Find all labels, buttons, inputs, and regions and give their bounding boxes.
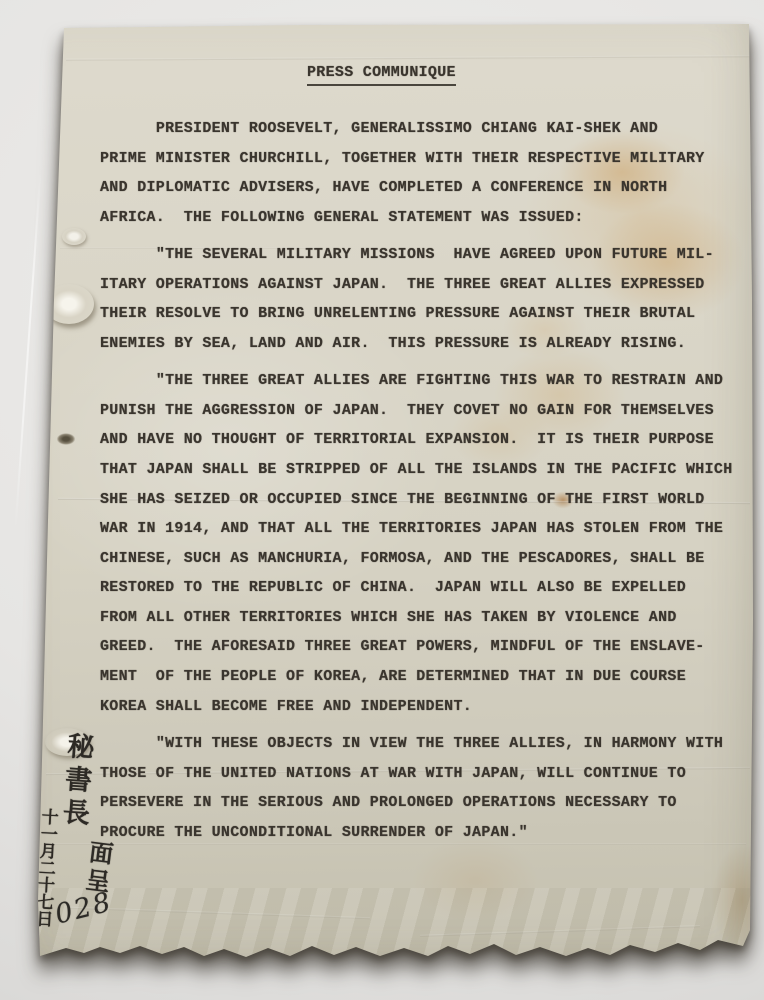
paper-hole (55, 432, 77, 446)
paper-crease (66, 55, 750, 61)
communique-body: PRESIDENT ROOSEVELT, GENERALISSIMO CHIAN… (100, 114, 748, 855)
photo-backdrop: PRESS COMMUNIQUE PRESIDENT ROOSEVELT, GE… (0, 0, 764, 1000)
paper-damage-spot (44, 284, 94, 324)
crumpled-bottom-texture (38, 888, 752, 958)
document-paper: PRESS COMMUNIQUE PRESIDENT ROOSEVELT, GE… (0, 0, 764, 1000)
body-paragraph-1: PRESIDENT ROOSEVELT, GENERALISSIMO CHIAN… (100, 114, 748, 232)
page-title: PRESS COMMUNIQUE (307, 64, 456, 86)
body-paragraph-3: "THE THREE GREAT ALLIES ARE FIGHTING THI… (100, 366, 748, 721)
body-paragraph-4: "WITH THESE OBJECTS IN VIEW THE THREE AL… (100, 729, 748, 847)
paper-shadow-wrapper: PRESS COMMUNIQUE PRESIDENT ROOSEVELT, GE… (0, 0, 764, 1000)
paper-damage-spot (62, 228, 86, 245)
body-paragraph-2: "THE SEVERAL MILITARY MISSIONS HAVE AGRE… (100, 240, 748, 358)
